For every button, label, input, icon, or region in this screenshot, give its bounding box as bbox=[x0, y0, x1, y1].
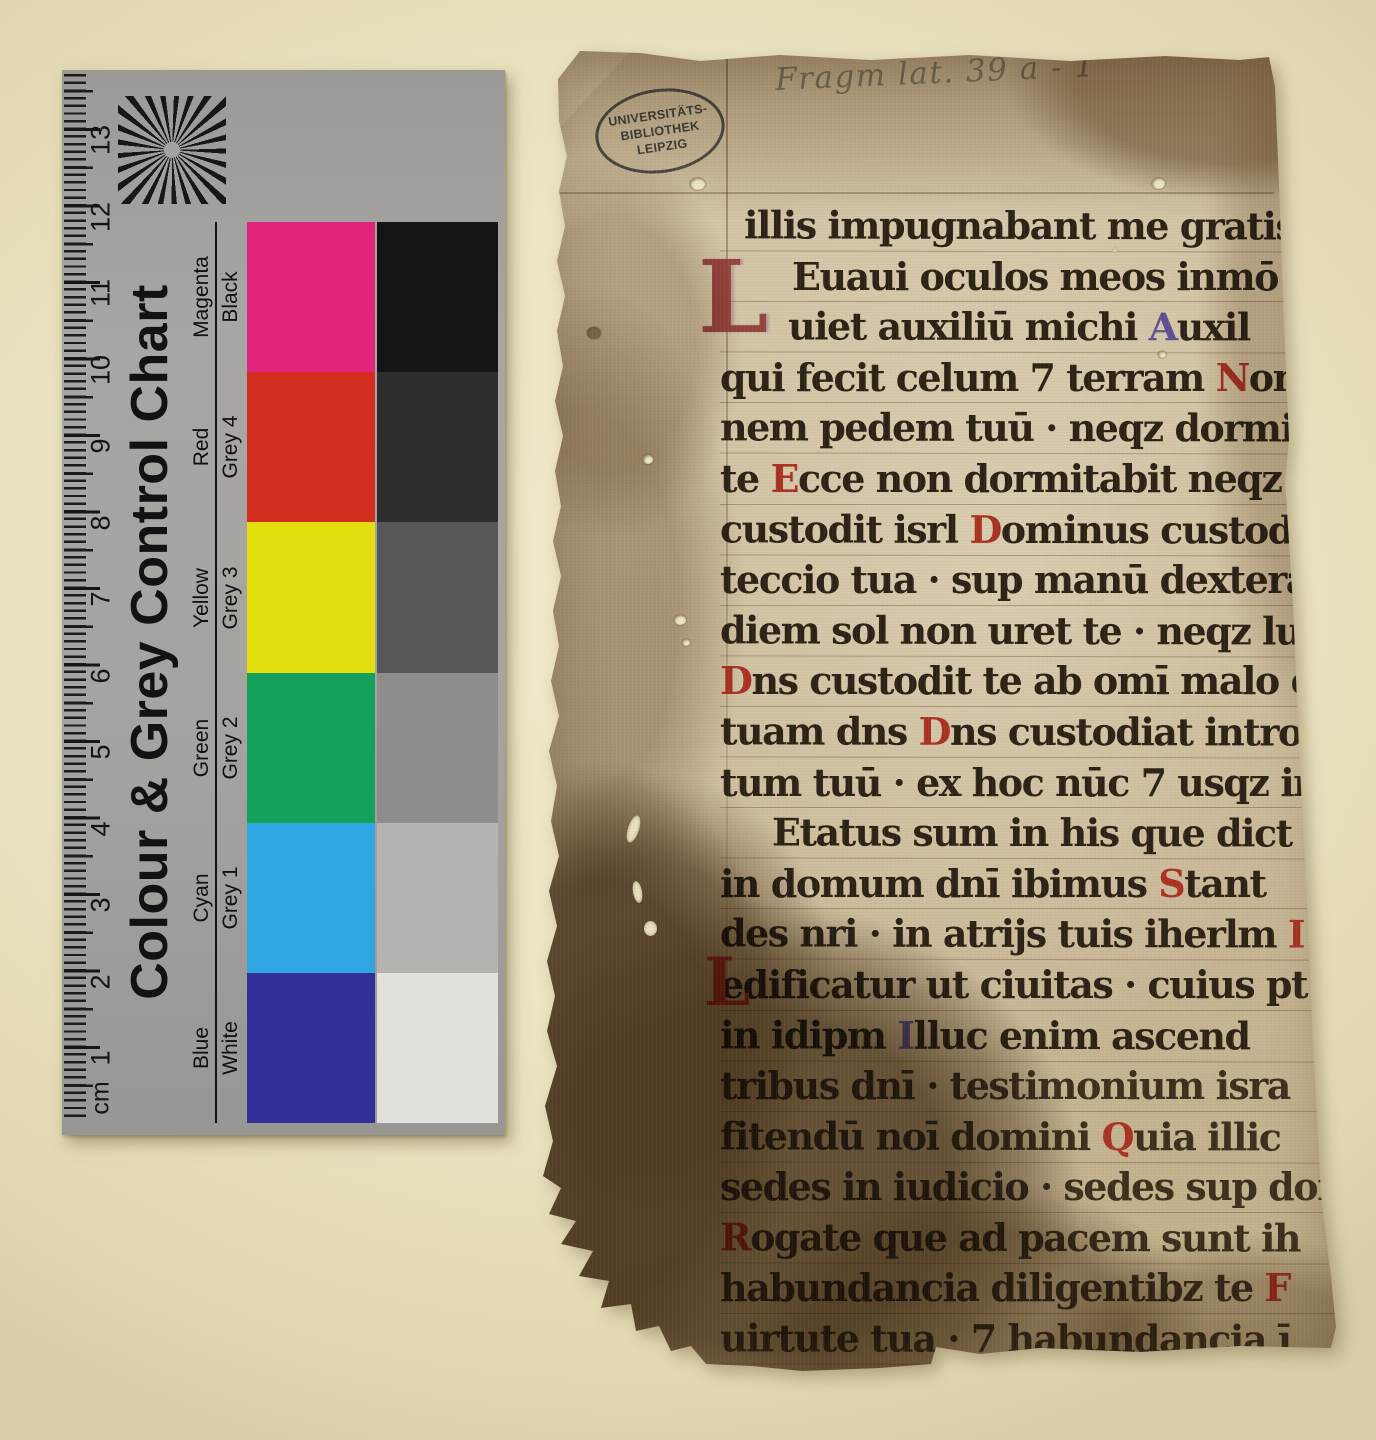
rubric-initial: F bbox=[1264, 1265, 1289, 1310]
grey-patch-grey-1 bbox=[377, 823, 498, 973]
patch-label-color: Cyan bbox=[190, 873, 214, 922]
text-segment: lluc enim ascend bbox=[913, 1012, 1249, 1058]
manuscript-line: te Ecce non dormitabit neqz d bbox=[720, 454, 1356, 505]
tear bbox=[631, 880, 644, 903]
rubric-initial: R bbox=[720, 1214, 750, 1259]
worm-hole bbox=[587, 327, 601, 339]
rubric-initial: N bbox=[1216, 355, 1249, 400]
manuscript-line: Etatus sum in his que dict bbox=[720, 807, 1356, 859]
text-segment: ominus custod bbox=[1001, 506, 1293, 552]
manuscript-line: des nri · in atrijs tuis iherlm I bbox=[720, 909, 1356, 961]
starburst-icon bbox=[118, 96, 226, 204]
text-segment: uxil bbox=[1177, 304, 1250, 349]
manuscript-line: edificatur ut ciuitas · cuius pt bbox=[720, 960, 1356, 1011]
ruler-number: 12 bbox=[86, 201, 117, 231]
text-segment: te bbox=[720, 456, 770, 501]
pinhole bbox=[1112, 247, 1118, 253]
text-segment: cce non dormitabit neqz d bbox=[798, 456, 1318, 501]
patch-label-color: Blue bbox=[190, 1027, 214, 1069]
grey-patch-grey-4 bbox=[377, 372, 498, 522]
film-mark: 50 bbox=[726, 1367, 738, 1379]
rubric-initial: D bbox=[969, 506, 1001, 551]
manuscript-line: diem sol non uret te · neqz lun bbox=[720, 605, 1356, 657]
manuscript-line: fitendū noī domini Quia illic bbox=[720, 1111, 1356, 1163]
manuscript-line: uirtute tua · 7 habundancia ī bbox=[720, 1313, 1356, 1365]
label-divider-line bbox=[215, 222, 217, 1123]
color-patch-cyan bbox=[247, 823, 375, 973]
patch-label-color: Yellow bbox=[190, 568, 214, 628]
rubric-initial: Q bbox=[1102, 1114, 1134, 1159]
text-segment: edificatur ut ciuitas · cuius pt bbox=[720, 962, 1307, 1007]
chart-title: Colour & Grey Control Chart bbox=[120, 284, 180, 1000]
worm-hole bbox=[1152, 178, 1165, 189]
parchment: L L illis impugnabant me gratisEuaui ocu… bbox=[540, 45, 1340, 1375]
rubric-initial: E bbox=[770, 456, 797, 501]
color-patch-red bbox=[247, 372, 375, 522]
patch-label-grey: Grey 3 bbox=[219, 566, 243, 629]
manuscript-line: tum tuū · ex hoc nūc 7 usqz in bbox=[720, 758, 1356, 809]
text-segment: ns custodiat intro bbox=[950, 709, 1302, 755]
text-segment: qui fecit celum 7 terram bbox=[720, 355, 1216, 400]
manuscript-line: habundancia diligentibz te F bbox=[720, 1263, 1356, 1314]
manuscript-line: Rogate que ad pacem sunt ih bbox=[720, 1212, 1356, 1264]
ruler-number: 10 bbox=[86, 354, 117, 384]
text-segment: uiet auxiliū michi bbox=[788, 304, 1149, 350]
top-ruling-line bbox=[548, 192, 1274, 194]
text-segment: tribus dnī · testimonium isra bbox=[720, 1063, 1290, 1108]
library-stamp: UNIVERSITÄTS- BIBLIOTHEK LEIPZIG bbox=[590, 80, 730, 181]
ruler-number: 6 bbox=[86, 668, 117, 683]
ruler-number: 3 bbox=[86, 897, 117, 912]
ruler-number: 13 bbox=[86, 125, 117, 155]
color-patch-magenta bbox=[247, 222, 375, 372]
text-segment: in domum dnī ibimus bbox=[720, 861, 1158, 906]
text-segment: ogate que ad pacem sunt ih bbox=[750, 1214, 1300, 1260]
worm-hole bbox=[674, 615, 686, 625]
ruler-number: 4 bbox=[86, 821, 117, 836]
worm-hole bbox=[643, 455, 653, 464]
manuscript-line: Euaui oculos meos inmō bbox=[720, 252, 1356, 303]
text-segment: in idipm bbox=[720, 1012, 897, 1057]
tear bbox=[624, 814, 643, 844]
shelfmark-note: Fragm lat. 39 a - 1 bbox=[774, 48, 1096, 98]
manuscript-line: tuam dns Dns custodiat intro bbox=[720, 706, 1356, 758]
grey-patch-grey-2 bbox=[377, 673, 498, 823]
patch-label-color: Magenta bbox=[190, 256, 214, 338]
rubric-initial: I bbox=[897, 1012, 913, 1057]
ruler-number: 1 bbox=[86, 1050, 117, 1065]
ruler-unit-label: cm bbox=[87, 1081, 116, 1114]
text-segment: fitendū noī domini bbox=[720, 1113, 1102, 1159]
manuscript-line: in idipm Illuc enim ascend bbox=[720, 1010, 1356, 1062]
ruler-number: 8 bbox=[86, 515, 117, 530]
text-segment: teccio tua · sup manū dexteram bbox=[720, 557, 1348, 602]
patch-label-grey: White bbox=[219, 1021, 243, 1075]
text-segment: diem sol non uret te · neqz lun bbox=[720, 607, 1327, 653]
rubric-initial: S bbox=[1158, 861, 1184, 906]
text-segment: tum tuū · ex hoc nūc 7 usqz in bbox=[720, 760, 1319, 805]
ruler-number: 9 bbox=[86, 438, 117, 453]
manuscript-line: teccio tua · sup manū dexteram bbox=[720, 555, 1356, 606]
text-segment: nem pedem tuū · neqz dormit bbox=[720, 405, 1310, 451]
ruler-number: 11 bbox=[86, 279, 117, 307]
text-segment: uirtute tua · 7 habundancia ī bbox=[720, 1315, 1291, 1361]
manuscript-line: uiet auxiliū michi Auxil bbox=[720, 302, 1356, 354]
text-segment: habundancia diligentibz te bbox=[720, 1265, 1264, 1310]
text-segment: Euaui oculos meos inmō bbox=[792, 254, 1278, 299]
grey-patch-white bbox=[377, 973, 498, 1123]
text-segment: ns custodit te ab omī malo c bbox=[751, 658, 1312, 703]
text-segment: on d bbox=[1249, 355, 1336, 400]
color-patch-yellow bbox=[247, 522, 375, 672]
text-segment: custodit isrl bbox=[720, 506, 969, 552]
color-control-chart-card: 12345678910111213 cm Colour & Grey Contr… bbox=[62, 70, 505, 1135]
worm-hole bbox=[690, 178, 705, 190]
manuscript-line: sedes in iudicio · sedes sup dom bbox=[720, 1162, 1356, 1213]
patch-label-grey: Grey 2 bbox=[219, 716, 243, 779]
worm-hole bbox=[682, 639, 690, 646]
text-segment: sedes in iudicio · sedes sup dom bbox=[720, 1164, 1356, 1209]
text-block: L L illis impugnabant me gratisEuaui ocu… bbox=[720, 201, 1356, 1365]
text-segment: illis impugnabant me gratis bbox=[744, 202, 1295, 248]
manuscript-line: illis impugnabant me gratis bbox=[720, 200, 1356, 252]
pinhole bbox=[808, 889, 814, 895]
ruler-number: 7 bbox=[86, 591, 117, 606]
manuscript-line: in domum dnī ibimus Stant bbox=[720, 859, 1356, 910]
rubric-initial: A bbox=[1149, 304, 1177, 349]
rubric-initial: D bbox=[919, 709, 951, 754]
patch-label-color: Red bbox=[190, 428, 214, 467]
patch-label-grey: Black bbox=[219, 271, 243, 322]
text-segment: tant bbox=[1184, 861, 1265, 906]
manuscript-line: qui fecit celum 7 terram Non d bbox=[720, 353, 1356, 404]
patch-label-grey: Grey 4 bbox=[219, 416, 243, 479]
manuscript-line: Dns custodit te ab omī malo c bbox=[720, 656, 1356, 707]
manuscript-lines: illis impugnabant me gratisEuaui oculos … bbox=[720, 201, 1356, 1365]
rubric-initial: I bbox=[1288, 912, 1304, 957]
ruler-number: 2 bbox=[86, 974, 117, 989]
manuscript-line: custodit isrl Dominus custod bbox=[720, 504, 1356, 556]
rubric-initial: D bbox=[720, 658, 751, 703]
grey-patch-black bbox=[377, 222, 498, 372]
worm-hole bbox=[1158, 351, 1166, 358]
text-segment: uia illic bbox=[1133, 1114, 1280, 1159]
color-patch-blue bbox=[247, 973, 375, 1123]
patch-label-color: Green bbox=[190, 719, 214, 777]
manuscript-line: nem pedem tuū · neqz dormit bbox=[720, 403, 1356, 455]
tear bbox=[644, 921, 657, 936]
patch-label-grey: Grey 1 bbox=[219, 866, 243, 929]
text-segment: Etatus sum in his que dict bbox=[772, 810, 1292, 856]
text-segment: des nri · in atrijs tuis iherlm bbox=[720, 911, 1288, 957]
color-patch-green bbox=[247, 673, 375, 823]
manuscript-fragment: L L illis impugnabant me gratisEuaui ocu… bbox=[540, 45, 1340, 1375]
ruler-number: 5 bbox=[86, 744, 117, 759]
ruler-ticks-cm bbox=[64, 128, 100, 1052]
manuscript-line: tribus dnī · testimonium isra bbox=[720, 1061, 1356, 1112]
text-segment: tuam dns bbox=[720, 708, 919, 753]
grey-patch-grey-3 bbox=[377, 522, 498, 672]
